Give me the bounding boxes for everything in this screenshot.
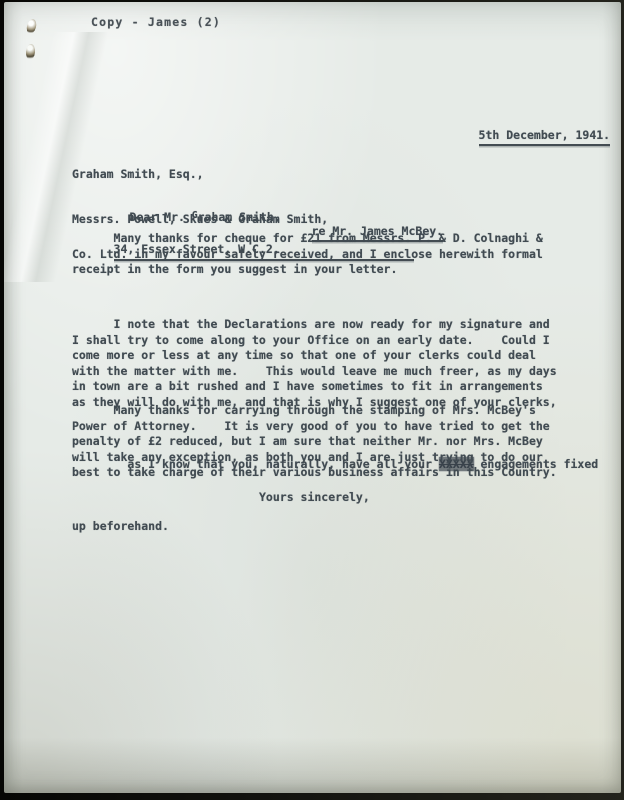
scan-background: Copy - James (2) 5th December, 1941. Gra… <box>0 0 624 800</box>
salutation-prefix: Dear Mr. <box>130 210 192 224</box>
salutation-raised-initial: G <box>192 210 198 221</box>
paragraph-2-last-line: up beforehand. <box>72 519 612 535</box>
paragraph-1: Many thanks for cheque for £21 from Mess… <box>72 231 612 278</box>
salutation-suffix: raham Smith, <box>198 210 281 224</box>
paragraph-3: Many thanks for carrying through the sta… <box>72 403 612 481</box>
letter-paper: Copy - James (2) 5th December, 1941. Gra… <box>4 2 621 793</box>
recipient-name: Graham Smith, Esq., <box>72 167 414 182</box>
closing-valediction: Yours sincerely, <box>259 490 370 506</box>
pin-hole-bottom <box>25 44 35 61</box>
copy-annotation: Copy - James (2) <box>91 15 221 31</box>
letter-date: 5th December, 1941. <box>479 128 611 147</box>
pin-hole-top <box>25 18 38 35</box>
paragraph-2-lines: I note that the Declarations are now rea… <box>72 317 612 410</box>
